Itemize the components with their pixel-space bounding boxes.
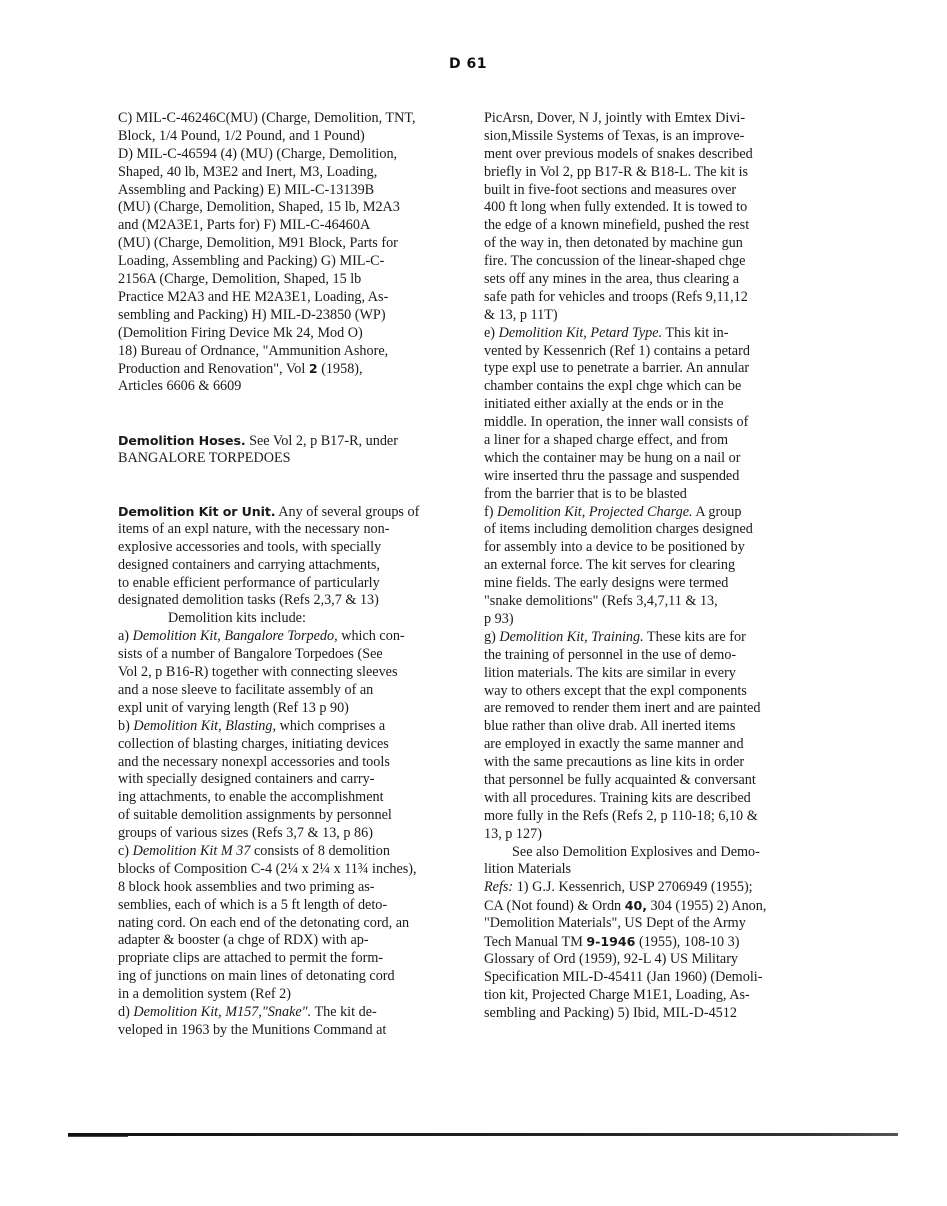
text-line: f) Demolition Kit, Projected Charge. A g…	[484, 504, 814, 522]
item-label: e)	[484, 325, 499, 341]
item-label: b)	[118, 718, 133, 734]
text-line: p 93)	[484, 611, 814, 629]
text-line: with specially designed containers and c…	[118, 771, 470, 789]
text-line: for assembly into a device to be positio…	[484, 539, 814, 557]
footer-rule-shadow	[68, 1136, 128, 1137]
text-line: Practice M2A3 and HE M2A3E1, Loading, As…	[118, 289, 470, 307]
kit-item-b: b) Demolition Kit, Blasting, which compr…	[118, 718, 470, 843]
item-title: Demolition Kit, Bangalore Torpedo,	[133, 628, 338, 644]
item-label: f)	[484, 504, 497, 520]
entry-demolition-hoses: Demolition Hoses. See Vol 2, p B17-R, un…	[118, 432, 470, 468]
tech-manual-number: 9-1946	[586, 934, 635, 949]
refs-label: Refs:	[484, 879, 513, 895]
text-line: are employed in exactly the same manner …	[484, 736, 814, 754]
right-column: PicArsn, Dover, N J, jointly with Emtex …	[484, 110, 814, 1022]
text-line: from the barrier that is to be blasted	[484, 486, 814, 504]
text-line: blocks of Composition C-4 (2¼ x 2¼ x 11¾…	[118, 861, 470, 879]
text-line: C) MIL-C-46246C(MU) (Charge, Demolition,…	[118, 110, 470, 128]
text-line: Tech Manual TM 9-1946 (1955), 108-10 3)	[484, 933, 814, 951]
text-line: 2156A (Charge, Demolition, Shaped, 15 lb	[118, 271, 470, 289]
text-line: BANGALORE TORPEDOES	[118, 450, 470, 468]
text-line: fire. The concussion of the linear-shape…	[484, 253, 814, 271]
text-line: e) Demolition Kit, Petard Type. This kit…	[484, 325, 814, 343]
item-label: d)	[118, 1004, 133, 1020]
text-line: propriate clips are attached to permit t…	[118, 950, 470, 968]
item-label: c)	[118, 843, 133, 859]
spacer	[118, 396, 470, 432]
text-line: in a demolition system (Ref 2)	[118, 986, 470, 1004]
text-line: designated demolition tasks (Refs 2,3,7 …	[118, 592, 470, 610]
text-line: 13, p 127)	[484, 826, 814, 844]
text-line: "snake demolitions" (Refs 3,4,7,11 & 13,	[484, 593, 814, 611]
text-line: are removed to render them inert and are…	[484, 700, 814, 718]
text-line: Specification MIL-D-45411 (Jan 1960) (De…	[484, 969, 814, 987]
text-span: Production and Renovation", Vol	[118, 361, 309, 377]
text-line: & 13, p 11T)	[484, 307, 814, 325]
text-line: and (M2A3E1, Parts for) F) MIL-C-46460A	[118, 217, 470, 235]
left-column: C) MIL-C-46246C(MU) (Charge, Demolition,…	[118, 110, 470, 1040]
text-line: of the way in, then detonated by machine…	[484, 235, 814, 253]
text-line: Demolition Hoses. See Vol 2, p B17-R, un…	[118, 432, 470, 450]
volume-number: 40,	[625, 898, 647, 913]
text-line: sets off any mines in the area, thus cle…	[484, 271, 814, 289]
volume-number: 2	[309, 361, 318, 376]
item-title: Demolition Kit M 37	[133, 843, 251, 859]
text-line: with all procedures. Training kits are d…	[484, 790, 814, 808]
text-line: items of an expl nature, with the necess…	[118, 521, 470, 539]
text-span: which con-	[338, 628, 405, 644]
text-line: 8 block hook assemblies and two priming …	[118, 879, 470, 897]
text-line: b) Demolition Kit, Blasting, which compr…	[118, 718, 470, 736]
text-line: lition Materials	[484, 861, 814, 879]
text-span: 304 (1955) 2) Anon,	[647, 898, 766, 914]
item-title: Demolition Kit, Petard Type.	[499, 325, 663, 341]
text-line: of items including demolition charges de…	[484, 521, 814, 539]
text-line: nating cord. On each end of the detonati…	[118, 915, 470, 933]
text-line: mine fields. The early designs were term…	[484, 575, 814, 593]
text-span: which comprises a	[276, 718, 385, 734]
spacer	[118, 468, 470, 503]
text-line: Assembling and Packing) E) MIL-C-13139B	[118, 182, 470, 200]
text-line: of suitable demolition assignments by pe…	[118, 807, 470, 825]
text-span: Any of several groups of	[275, 504, 419, 520]
text-line: an external force. The kit serves for cl…	[484, 557, 814, 575]
text-line: g) Demolition Kit, Training. These kits …	[484, 629, 814, 647]
text-span: (1955), 108-10 3)	[635, 934, 739, 950]
text-line: veloped in 1963 by the Munitions Command…	[118, 1022, 470, 1040]
text-line: briefly in Vol 2, pp B17-R & B18-L. The …	[484, 164, 814, 182]
text-line: (MU) (Charge, Demolition, Shaped, 15 lb,…	[118, 199, 470, 217]
text-line: wire inserted thru the passage and suspe…	[484, 468, 814, 486]
text-span: CA (Not found) & Ordn	[484, 898, 625, 914]
text-line: explosive accessories and tools, with sp…	[118, 539, 470, 557]
text-line: Block, 1/4 Pound, 1/2 Pound, and 1 Pound…	[118, 128, 470, 146]
text-line: Production and Renovation", Vol 2 (1958)…	[118, 360, 470, 378]
text-span: The kit de-	[311, 1004, 377, 1020]
text-span: (1958),	[318, 361, 363, 377]
text-line: PicArsn, Dover, N J, jointly with Emtex …	[484, 110, 814, 128]
kit-item-d-continued: PicArsn, Dover, N J, jointly with Emtex …	[484, 110, 814, 325]
text-line: safe path for vehicles and troops (Refs …	[484, 289, 814, 307]
references: Refs: 1) G.J. Kessenrich, USP 2706949 (1…	[484, 879, 814, 1022]
text-line: collection of blasting charges, initiati…	[118, 736, 470, 754]
text-line: ment over previous models of snakes desc…	[484, 146, 814, 164]
text-line: Vol 2, p B16-R) together with connecting…	[118, 664, 470, 682]
text-line: Loading, Assembling and Packing) G) MIL-…	[118, 253, 470, 271]
text-line: built in five-foot sections and measures…	[484, 182, 814, 200]
text-line: Articles 6606 & 6609	[118, 378, 470, 396]
text-line: Demolition kits include:	[118, 610, 470, 628]
text-line: c) Demolition Kit M 37 consists of 8 dem…	[118, 843, 470, 861]
text-span: These kits are for	[644, 629, 746, 645]
text-line: lition materials. The kits are similar i…	[484, 665, 814, 683]
text-span: Tech Manual TM	[484, 934, 586, 950]
see-also: See also Demolition Explosives and Demo-…	[484, 844, 814, 880]
text-line: initiated either axially at the ends or …	[484, 396, 814, 414]
footer-rule	[68, 1133, 898, 1136]
text-line: and a nose sleeve to facilitate assembly…	[118, 682, 470, 700]
kit-item-d: d) Demolition Kit, M157,"Snake". The kit…	[118, 1004, 470, 1040]
text-span: 1) G.J. Kessenrich, USP 2706949 (1955);	[513, 879, 752, 895]
text-line: d) Demolition Kit, M157,"Snake". The kit…	[118, 1004, 470, 1022]
text-line: D) MIL-C-46594 (4) (MU) (Charge, Demolit…	[118, 146, 470, 164]
text-line: designed containers and carrying attachm…	[118, 557, 470, 575]
text-line: semblies, each of which is a 5 ft length…	[118, 897, 470, 915]
text-line: "Demolition Materials", US Dept of the A…	[484, 915, 814, 933]
page-number: D 61	[449, 56, 487, 72]
kit-item-e: e) Demolition Kit, Petard Type. This kit…	[484, 325, 814, 504]
text-line: ing of junctions on main lines of detona…	[118, 968, 470, 986]
text-line: sembling and Packing) 5) Ibid, MIL-D-451…	[484, 1005, 814, 1023]
text-line: sembling and Packing) H) MIL-D-23850 (WP…	[118, 307, 470, 325]
text-span: A group	[693, 504, 742, 520]
text-line: Demolition Kit or Unit. Any of several g…	[118, 503, 470, 521]
kit-item-g: g) Demolition Kit, Training. These kits …	[484, 629, 814, 844]
entry-headword: Demolition Kit or Unit.	[118, 504, 275, 519]
item-title: Demolition Kit, Projected Charge.	[497, 504, 693, 520]
text-line: (MU) (Charge, Demolition, M91 Block, Par…	[118, 235, 470, 253]
kit-item-a: a) Demolition Kit, Bangalore Torpedo, wh…	[118, 628, 470, 717]
text-line: chamber contains the expl chge which can…	[484, 378, 814, 396]
text-line: a liner for a shaped charge effect, and …	[484, 432, 814, 450]
text-line: way to others except that the expl compo…	[484, 683, 814, 701]
text-span: consists of 8 demolition	[250, 843, 390, 859]
text-line: 400 ft long when fully extended. It is t…	[484, 199, 814, 217]
text-line: blue rather than olive drab. All inerted…	[484, 718, 814, 736]
text-span: See Vol 2, p B17-R, under	[246, 433, 398, 449]
text-line: Refs: 1) G.J. Kessenrich, USP 2706949 (1…	[484, 879, 814, 897]
text-line: groups of various sizes (Refs 3,7 & 13, …	[118, 825, 470, 843]
text-line: sists of a number of Bangalore Torpedoes…	[118, 646, 470, 664]
text-line: Shaped, 40 lb, M3E2 and Inert, M3, Loadi…	[118, 164, 470, 182]
reference-18: 18) Bureau of Ordnance, "Ammunition Asho…	[118, 343, 470, 361]
text-line: type expl use to penetrate a barrier. An…	[484, 360, 814, 378]
text-line: tion kit, Projected Charge M1E1, Loading…	[484, 987, 814, 1005]
item-title: Demolition Kit, Training.	[499, 629, 643, 645]
kit-item-f: f) Demolition Kit, Projected Charge. A g…	[484, 504, 814, 629]
kit-item-c: c) Demolition Kit M 37 consists of 8 dem…	[118, 843, 470, 1004]
text-line: and the necessary nonexpl accessories an…	[118, 754, 470, 772]
item-title: Demolition Kit, Blasting,	[133, 718, 276, 734]
text-line: that personnel be fully acquainted & con…	[484, 772, 814, 790]
text-line: to enable efficient performance of parti…	[118, 575, 470, 593]
text-line: See also Demolition Explosives and Demo-	[484, 844, 814, 862]
text-line: expl unit of varying length (Ref 13 p 90…	[118, 700, 470, 718]
spec-list: C) MIL-C-46246C(MU) (Charge, Demolition,…	[118, 110, 470, 396]
text-line: the training of personnel in the use of …	[484, 647, 814, 665]
item-title: Demolition Kit, M157,"Snake".	[133, 1004, 311, 1020]
text-line: CA (Not found) & Ordn 40, 304 (1955) 2) …	[484, 897, 814, 915]
text-line: middle. In operation, the inner wall con…	[484, 414, 814, 432]
text-line: adapter & booster (a chge of RDX) with a…	[118, 932, 470, 950]
item-label: a)	[118, 628, 133, 644]
text-line: vented by Kessenrich (Ref 1) contains a …	[484, 343, 814, 361]
text-line: the edge of a known minefield, pushed th…	[484, 217, 814, 235]
entry-headword: Demolition Hoses.	[118, 433, 246, 448]
entry-demolition-kit: Demolition Kit or Unit. Any of several g…	[118, 503, 470, 1040]
text-line: more fully in the Refs (Refs 2, p 110-18…	[484, 808, 814, 826]
text-line: ing attachments, to enable the accomplis…	[118, 789, 470, 807]
text-line: a) Demolition Kit, Bangalore Torpedo, wh…	[118, 628, 470, 646]
text-line: (Demolition Firing Device Mk 24, Mod O)	[118, 325, 470, 343]
text-line: sion,Missile Systems of Texas, is an imp…	[484, 128, 814, 146]
text-line: which the container may be hung on a nai…	[484, 450, 814, 468]
text-line: with the same precautions as line kits i…	[484, 754, 814, 772]
text-span: This kit in-	[662, 325, 728, 341]
text-line: Glossary of Ord (1959), 92-L 4) US Milit…	[484, 951, 814, 969]
item-label: g)	[484, 629, 499, 645]
